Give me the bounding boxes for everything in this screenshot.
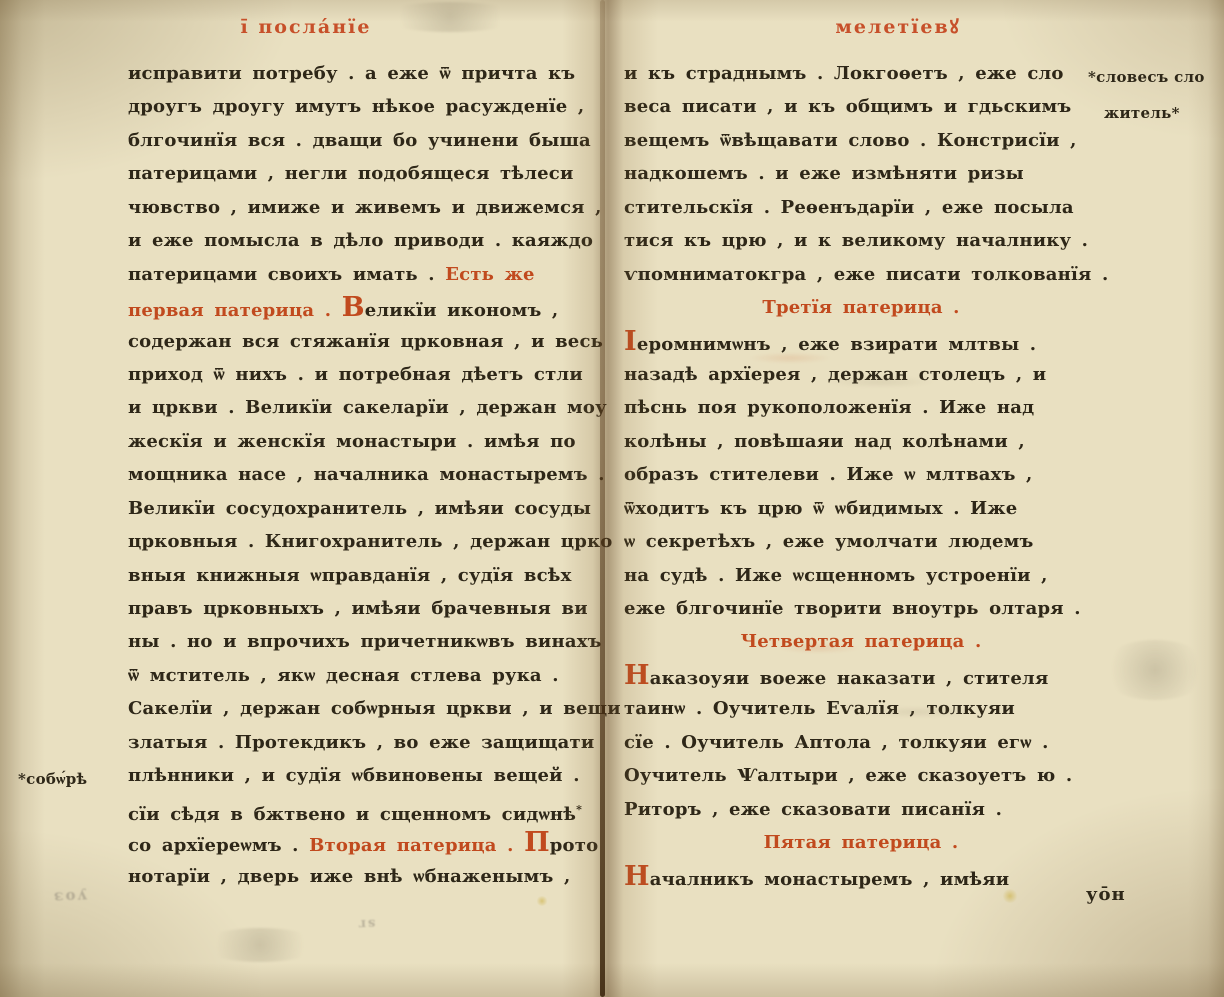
- body-text: блгочинїя вся . дващи бо учинени быша: [128, 130, 591, 151]
- body-text: рото: [550, 835, 599, 856]
- rubric-text: В: [342, 292, 365, 323]
- rubric-text: Вторая патерица .: [309, 835, 524, 856]
- body-text: Оучитель Ѱалтыри , еже сказоуетъ ю .: [624, 765, 1072, 786]
- body-text: исправити потребу . а еже ѿ причта къ: [128, 63, 575, 84]
- body-text: и къ страднымъ . Локгоѳетъ , еже сло: [624, 63, 1064, 84]
- body-text: веса писати , и къ общимъ и гдьскимъ: [624, 96, 1071, 117]
- body-text: жескїя и женскїя монастыри . имѣя по: [128, 431, 576, 452]
- text-line: жескїя и женскїя монастыри . имѣя по: [128, 425, 610, 458]
- body-text: нотарїи , дверь иже внѣ ѡбнаженымъ ,: [128, 866, 570, 887]
- body-text: еромнимѡнъ , еже взирати млтвы .: [637, 334, 1036, 355]
- text-line: и цркви . Великїи сакеларїи , держан моу: [128, 391, 610, 424]
- body-text: еликїи икономъ ,: [365, 300, 559, 321]
- rubric-text: І: [624, 326, 637, 357]
- rubric-text: Пятая патерица .: [764, 832, 959, 853]
- text-line: назадѣ архїерея , держан столецъ , и: [624, 358, 1098, 391]
- body-text: ѵпомниматокгра , еже писати толкованїя .: [624, 264, 1109, 285]
- text-line: Четвертая патерица .: [624, 625, 1098, 658]
- margin-note-left: *собѡ́рѣ: [18, 770, 87, 789]
- body-text: стительскїя . Реѳенъдарїи , еже посыла: [624, 197, 1074, 218]
- body-text: ѿходитъ къ црю ѿ ѡбидимых . Иже: [624, 498, 1017, 519]
- text-line: ѿ мститель , якѡ десная стлева рука .: [128, 659, 610, 692]
- text-line: ѡ секретѣхъ , еже умолчати людемъ: [624, 525, 1098, 558]
- body-text: и еже помысла в дѣло приводи . каяждо: [128, 230, 593, 251]
- text-line: первая патерица . Великїи икономъ ,: [128, 291, 610, 324]
- text-line: на судѣ . Иже ѡсщенномъ устроенїи ,: [624, 559, 1098, 592]
- body-text: колѣны , повѣшаяи над колѣнами ,: [624, 431, 1025, 452]
- text-line: Третїя патерица .: [624, 291, 1098, 324]
- text-line: Пятая патерица .: [624, 826, 1098, 859]
- body-text: патерицами своихъ имать .: [128, 264, 445, 285]
- body-text: Риторъ , еже сказовати писанїя .: [624, 799, 1002, 820]
- rubric-text: первая патерица .: [128, 300, 342, 321]
- left-text-block: исправити потребу . а еже ѿ причта къдро…: [128, 57, 610, 893]
- text-line: мощника насе , началника монастыремъ .: [128, 458, 610, 491]
- text-line: надкошемъ . и еже измѣняти ризы: [624, 157, 1098, 190]
- text-line: вещемъ ѿвѣщавати слово . Констрисїи ,: [624, 124, 1098, 157]
- margin-note-right-line2: житель*: [1104, 104, 1180, 122]
- body-text: црковныя . Книгохранитель , держан црко: [128, 531, 612, 552]
- text-line: сїе . Оучитель Аптола , толкуяи егѡ .: [624, 726, 1098, 759]
- body-text: чювство , имиже и живемъ и движемся ,: [128, 197, 602, 218]
- body-text: со архїереѡмъ .: [128, 835, 309, 856]
- smudge: [1100, 640, 1210, 700]
- body-text: тися къ црю , и к великому началнику .: [624, 230, 1088, 251]
- body-text: ны . но и впрочихъ причетникѡвъ винахъ: [128, 631, 602, 652]
- text-line: тися къ црю , и к великому началнику .: [624, 224, 1098, 257]
- body-text: аказоуяи воеже наказати , стителя: [650, 668, 1049, 689]
- text-line: ны . но и впрочихъ причетникѡвъ винахъ: [128, 625, 610, 658]
- text-line: и къ страднымъ . Локгоѳетъ , еже сло: [624, 57, 1098, 90]
- right-text-block: и къ страднымъ . Локгоѳетъ , еже словеса…: [624, 57, 1098, 893]
- text-line: златыя . Протекдикъ , во еже защищати: [128, 726, 610, 759]
- body-text: назадѣ архїерея , держан столецъ , и: [624, 364, 1046, 385]
- text-line: нотарїи , дверь иже внѣ ѡбнаженымъ ,: [128, 860, 610, 893]
- rubric-text: П: [524, 827, 550, 858]
- body-text: дроугъ дроугу имутъ нѣкое расужденїе ,: [128, 96, 584, 117]
- body-text: ѡ секретѣхъ , еже умолчати людемъ: [624, 531, 1033, 552]
- rubric-text: Н: [624, 660, 650, 691]
- text-line: црковныя . Книгохранитель , держан црко: [128, 525, 610, 558]
- text-line: Великїи сосудохранитель , имѣяи сосуды: [128, 492, 610, 525]
- text-line: правъ црковныхъ , имѣяи брачевныя ви: [128, 592, 610, 625]
- text-line: патерицами , негли подобящеся тѣлеси: [128, 157, 610, 190]
- body-text: надкошемъ . и еже измѣняти ризы: [624, 163, 1024, 184]
- text-line: патерицами своихъ имать . Есть же: [128, 258, 610, 291]
- body-text: таинѡ . Оучитель Еѵалїя , толкуяи: [624, 698, 1015, 719]
- running-head-left: і̄ посла́нїе: [196, 16, 416, 38]
- text-line: со архїереѡмъ . Вторая патерица . Прото: [128, 826, 610, 859]
- text-line: Іеромнимѡнъ , еже взирати млтвы .: [624, 325, 1098, 358]
- text-line: колѣны , повѣшаяи над колѣнами ,: [624, 425, 1098, 458]
- body-text: патерицами , негли подобящеся тѣлеси: [128, 163, 574, 184]
- body-text: на судѣ . Иже ѡсщенномъ устроенїи ,: [624, 565, 1048, 586]
- rubric-text: Н: [624, 861, 650, 892]
- text-line: образъ стителеви . Иже ѡ млтвахъ ,: [624, 458, 1098, 491]
- text-line: приход ѿ нихъ . и потребная дѣетъ стли: [128, 358, 610, 391]
- ghost-stamp-bottom-center: ѕг: [356, 916, 376, 932]
- margin-note-right-line1: *словесъ сло: [1088, 68, 1205, 86]
- body-text: сїи сѣдя в бжтвено и сщенномъ сидѡнѣ: [128, 804, 576, 825]
- rubric-text: Четвертая патерица .: [741, 631, 982, 652]
- ghost-stamp-bottom-left: уоз: [52, 887, 88, 906]
- text-line: блгочинїя вся . дващи бо учинени быша: [128, 124, 610, 157]
- text-line: сїи сѣдя в бжтвено и сщенномъ сидѡнѣ*: [128, 793, 610, 826]
- rubric-text: Третїя патерица .: [762, 297, 959, 318]
- text-line: исправити потребу . а еже ѿ причта къ: [128, 57, 610, 90]
- body-text: вещемъ ѿвѣщавати слово . Констрисїи ,: [624, 130, 1077, 151]
- body-text: златыя . Протекдикъ , во еже защищати: [128, 732, 594, 753]
- text-line: ѿходитъ къ црю ѿ ѡбидимых . Иже: [624, 492, 1098, 525]
- body-text: плѣнники , и судїя ѡбвиновены вещей .: [128, 765, 580, 786]
- body-text: содержан вся стяжанїя црковная , и весь: [128, 331, 603, 352]
- text-line: таинѡ . Оучитель Еѵалїя , толкуяи: [624, 692, 1098, 725]
- body-text: и цркви . Великїи сакеларїи , держан моу: [128, 397, 607, 418]
- smudge: [200, 928, 320, 962]
- text-line: Началникъ монастыремъ , имѣяи: [624, 860, 1098, 893]
- text-line: ѵпомниматокгра , еже писати толкованїя .: [624, 258, 1098, 291]
- text-line: вныя книжныя ѡправданїя , судїя всѣх: [128, 559, 610, 592]
- text-line: Оучитель Ѱалтыри , еже сказоуетъ ю .: [624, 759, 1098, 792]
- rubric-text: Есть же: [445, 264, 534, 285]
- body-text: образъ стителеви . Иже ѡ млтвахъ ,: [624, 464, 1033, 485]
- text-line: Наказоуяи воеже наказати , стителя: [624, 659, 1098, 692]
- running-head-right: мелетїевꙋ: [788, 13, 1008, 39]
- body-text: мощника насе , началника монастыремъ .: [128, 464, 605, 485]
- text-line: еже блгочинїе творити вноутрь олтаря .: [624, 592, 1098, 625]
- text-line: Сакелїи , держан собѡрныя цркви , и вещи: [128, 692, 610, 725]
- body-text: сїе . Оучитель Аптола , толкуяи егѡ .: [624, 732, 1049, 753]
- text-line: Риторъ , еже сказовати писанїя .: [624, 793, 1098, 826]
- text-line: веса писати , и къ общимъ и гдьскимъ: [624, 90, 1098, 123]
- body-text: пѣснь поя рукоположенїя . Иже над: [624, 397, 1034, 418]
- body-text: приход ѿ нихъ . и потребная дѣетъ стли: [128, 364, 583, 385]
- body-text: Сакелїи , держан собѡрныя цркви , и вещи: [128, 698, 621, 719]
- body-text: Великїи сосудохранитель , имѣяи сосуды: [128, 498, 591, 519]
- text-line: стительскїя . Реѳенъдарїи , еже посыла: [624, 191, 1098, 224]
- book-spread-scan: і̄ посла́нїе мелетїевꙋ исправити потребу…: [0, 0, 1224, 997]
- text-line: дроугъ дроугу имутъ нѣкое расужденїе ,: [128, 90, 610, 123]
- body-text: *: [576, 803, 582, 816]
- body-text: ачалникъ монастыремъ , имѣяи: [650, 869, 1010, 890]
- body-text: правъ црковныхъ , имѣяи брачевныя ви: [128, 598, 588, 619]
- ink-stain: [536, 896, 548, 906]
- text-line: чювство , имиже и живемъ и движемся ,: [128, 191, 610, 224]
- text-line: пѣснь поя рукоположенїя . Иже над: [624, 391, 1098, 424]
- catchword: уо̄н: [1086, 884, 1126, 905]
- text-line: содержан вся стяжанїя црковная , и весь: [128, 325, 610, 358]
- body-text: ѿ мститель , якѡ десная стлева рука .: [128, 665, 559, 686]
- body-text: еже блгочинїе творити вноутрь олтаря .: [624, 598, 1081, 619]
- body-text: вныя книжныя ѡправданїя , судїя всѣх: [128, 565, 572, 586]
- text-line: и еже помысла в дѣло приводи . каяждо: [128, 224, 610, 257]
- text-line: плѣнники , и судїя ѡбвиновены вещей .: [128, 759, 610, 792]
